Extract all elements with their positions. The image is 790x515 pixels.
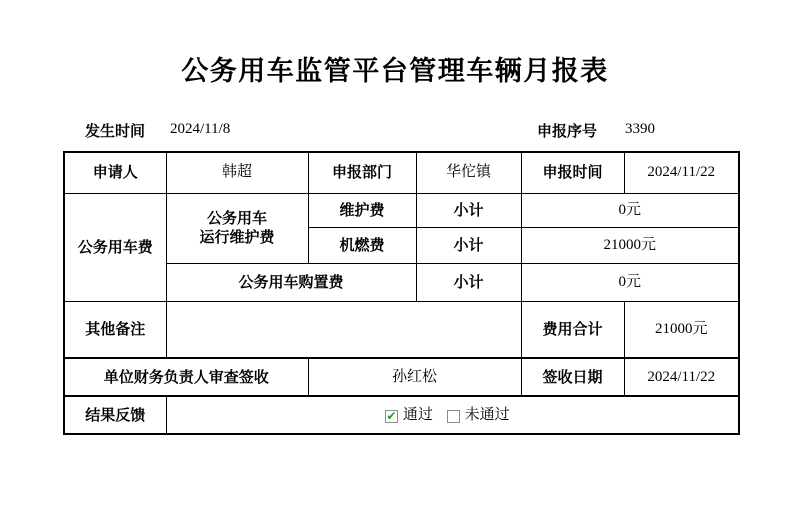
purchase-fee-value: 0元 [521, 263, 739, 301]
table-row-applicant: 申请人 韩超 申报部门 华佗镇 申报时间 2024/11/22 [64, 152, 739, 193]
table-row-signoff: 单位财务负责人审查签收 孙红松 签收日期 2024/11/22 [64, 358, 739, 396]
department-value: 华佗镇 [416, 152, 521, 193]
checkbox-unchecked-icon[interactable]: ✔ [447, 410, 460, 423]
applicant-label: 申请人 [64, 152, 166, 193]
purchase-subtotal-label: 小计 [416, 263, 521, 301]
purchase-fee-label: 公务用车购置费 [166, 263, 416, 301]
operation-fee-group-label: 公务用车 运行维护费 [166, 193, 308, 263]
checkbox-checked-icon[interactable]: ✔ [385, 410, 398, 423]
applicant-value: 韩超 [166, 152, 308, 193]
check-icon: ✔ [386, 409, 396, 423]
total-fee-label: 费用合计 [521, 301, 624, 358]
declare-time-value: 2024/11/22 [624, 152, 739, 193]
signoff-date-value: 2024/11/22 [624, 358, 739, 396]
monthly-report-table: 申请人 韩超 申报部门 华佗镇 申报时间 2024/11/22 公务用车费 公务… [63, 151, 740, 435]
maintenance-fee-label: 维护费 [308, 193, 416, 227]
fuel-subtotal-label: 小计 [416, 227, 521, 263]
serial-number-value: 3390 [625, 121, 655, 138]
maintenance-subtotal-label: 小计 [416, 193, 521, 227]
department-label: 申报部门 [308, 152, 416, 193]
fuel-fee-label: 机燃费 [308, 227, 416, 263]
signoff-label: 单位财务负责人审查签收 [64, 358, 308, 396]
remarks-label: 其他备注 [64, 301, 166, 358]
table-row-purchase-fee: 公务用车购置费 小计 0元 [64, 263, 739, 301]
table-row-remarks: 其他备注 费用合计 21000元 [64, 301, 739, 358]
pass-option-label: 通过 [403, 407, 433, 423]
operation-fee-group-line1: 公务用车 [207, 210, 267, 227]
feedback-label: 结果反馈 [64, 396, 166, 434]
table-row-feedback: 结果反馈 ✔通过 ✔未通过 [64, 396, 739, 434]
fee-group-label: 公务用车费 [64, 193, 166, 301]
page-title: 公务用车监管平台管理车辆月报表 [0, 49, 790, 88]
fuel-fee-value: 21000元 [521, 227, 739, 263]
maintenance-fee-value: 0元 [521, 193, 739, 227]
declare-time-label: 申报时间 [521, 152, 624, 193]
serial-number-label: 申报序号 [537, 120, 597, 141]
pass-option[interactable]: ✔通过 [385, 406, 433, 425]
signer-value: 孙红松 [308, 358, 521, 396]
fail-option[interactable]: ✔未通过 [447, 406, 510, 425]
remarks-value [166, 301, 521, 358]
fail-option-label: 未通过 [465, 407, 510, 423]
feedback-options: ✔通过 ✔未通过 [166, 396, 739, 434]
total-fee-value: 21000元 [624, 301, 739, 358]
occur-date-value: 2024/11/8 [170, 121, 230, 138]
report-page: 公务用车监管平台管理车辆月报表 发生时间 2024/11/8 申报序号 3390… [0, 0, 790, 515]
occur-date-label: 发生时间 [85, 120, 145, 141]
operation-fee-group-line2: 运行维护费 [199, 229, 274, 246]
table-row-maintenance-fee: 公务用车费 公务用车 运行维护费 维护费 小计 0元 [64, 193, 739, 227]
signoff-date-label: 签收日期 [521, 358, 624, 396]
